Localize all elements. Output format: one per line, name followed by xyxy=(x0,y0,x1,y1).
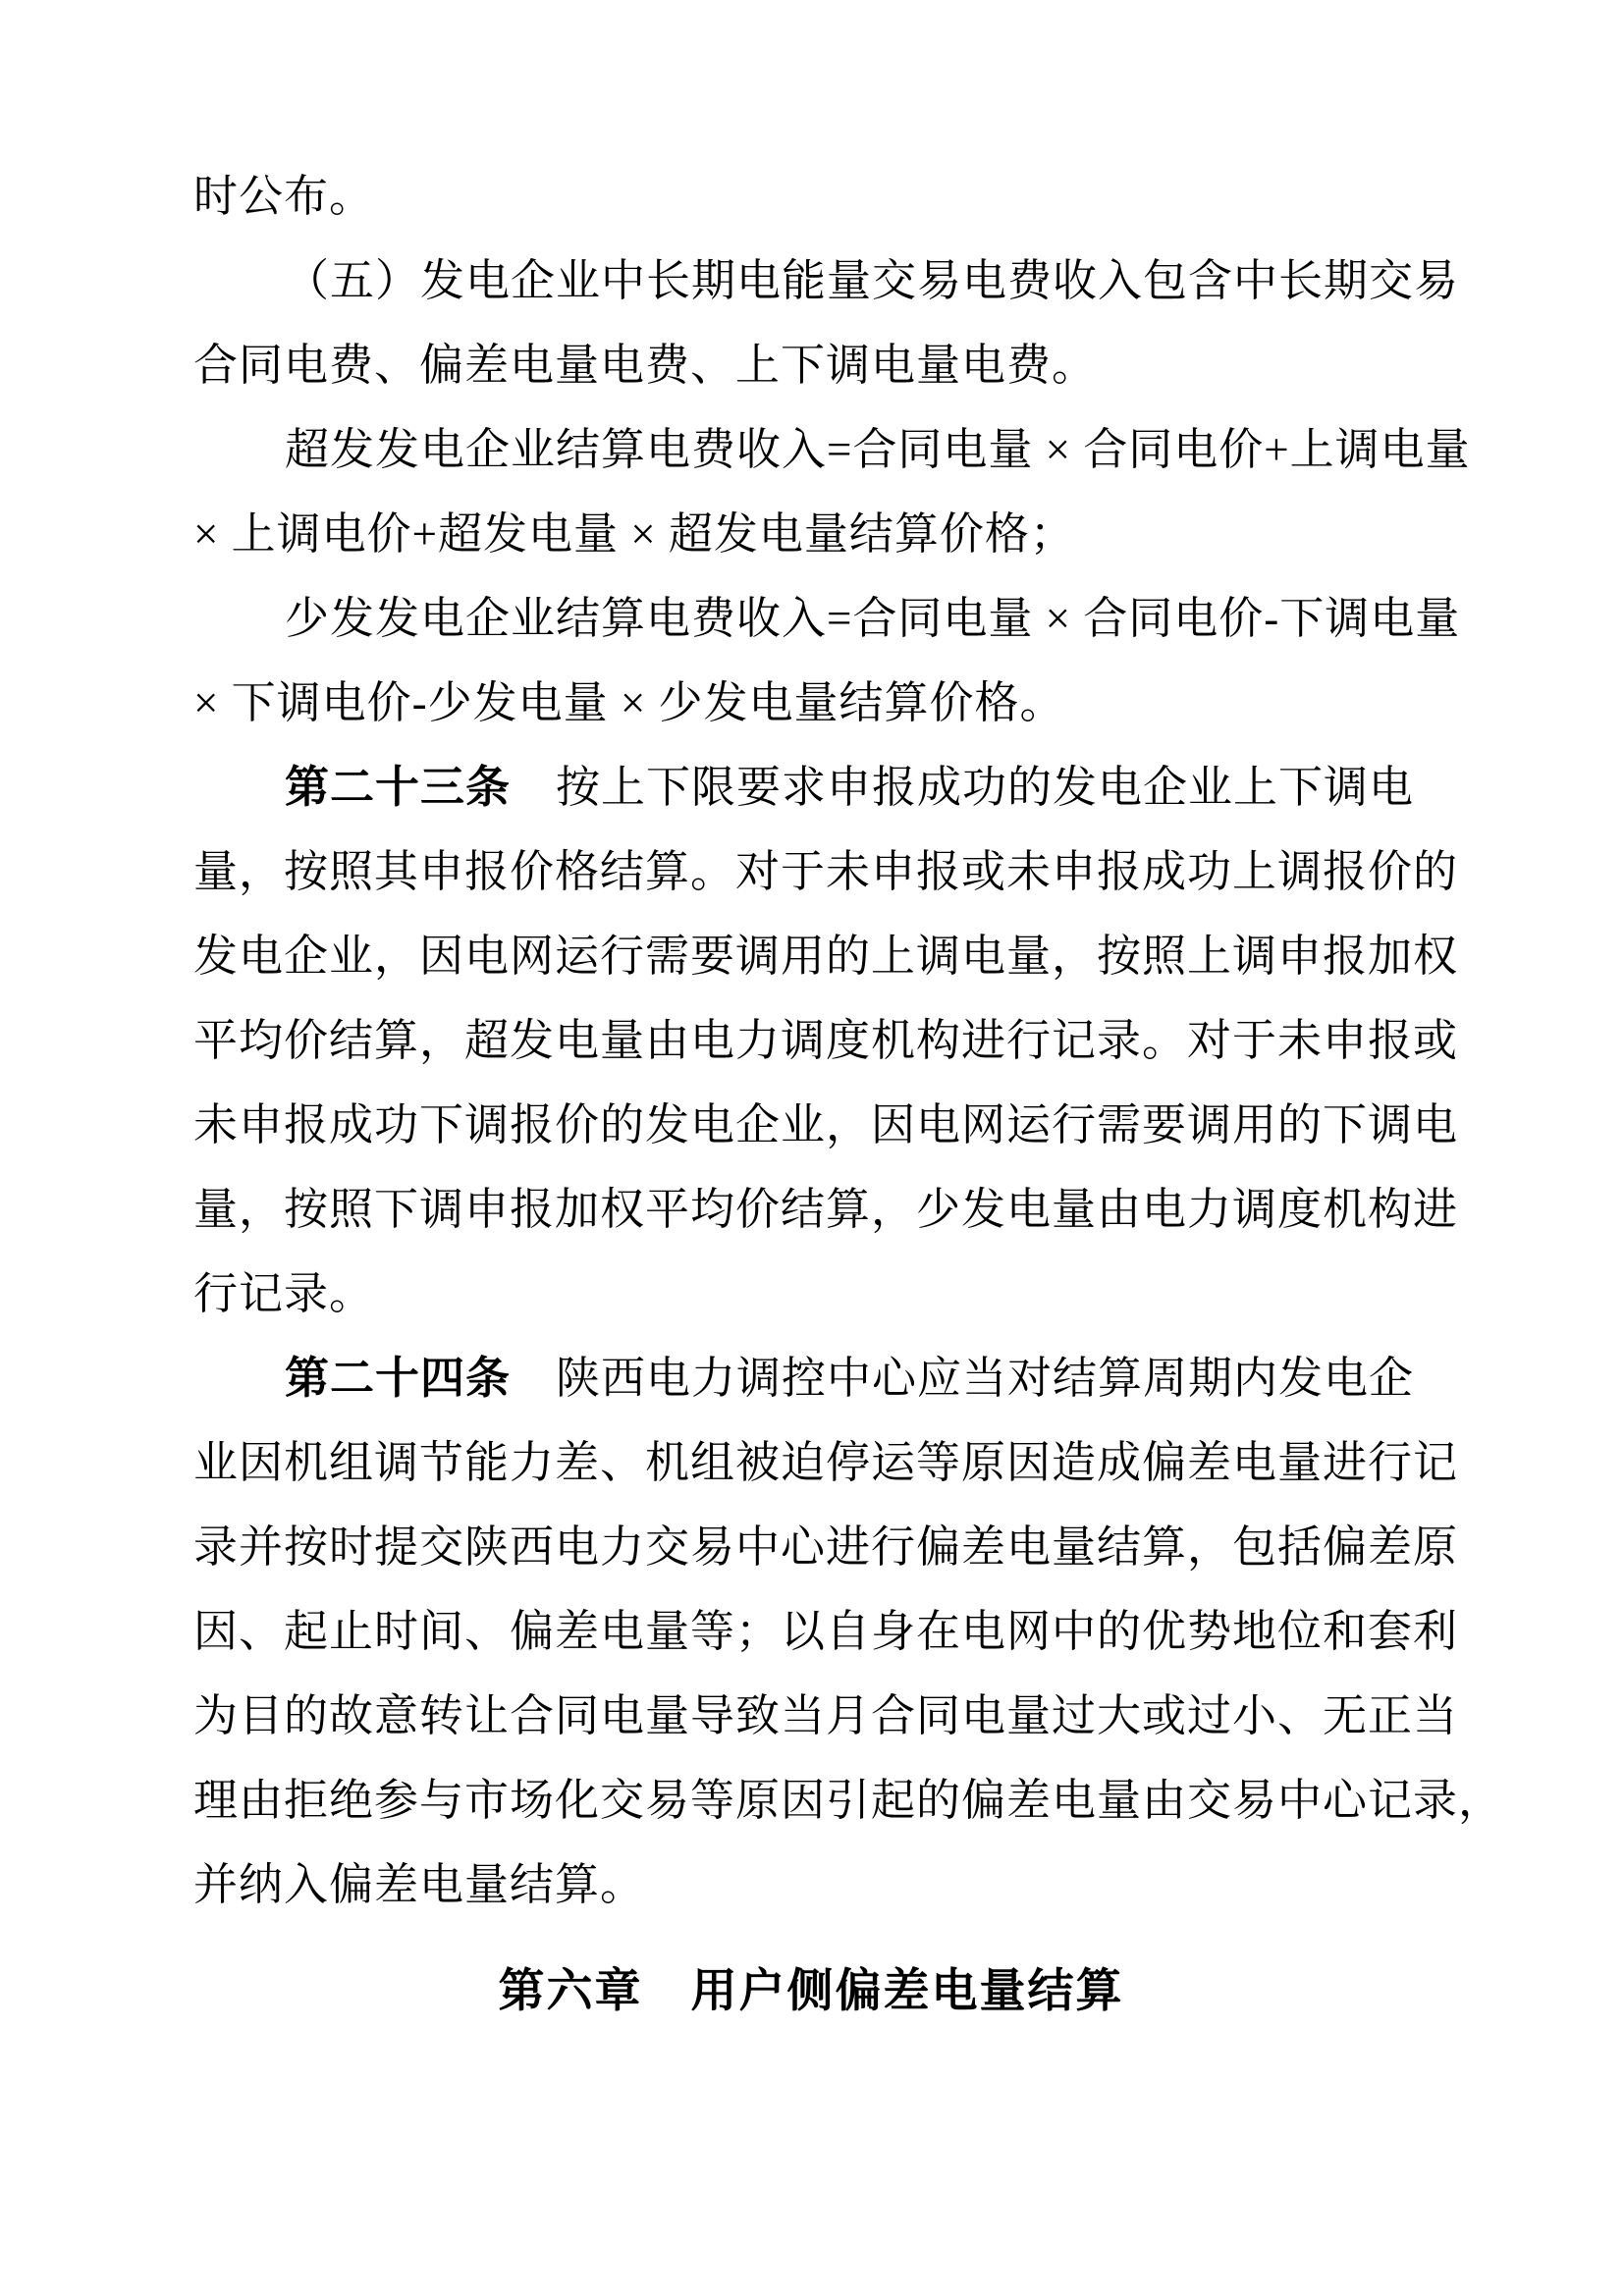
document-body: 时公布。（五）发电企业中长期电能量交易电费收入包含中长期交易合同电费、偏差电量电… xyxy=(193,154,1429,1927)
line-text: 并纳入偏差电量结算。 xyxy=(193,1860,645,1909)
line-text: 行记录。 xyxy=(193,1269,374,1318)
document-line: 并纳入偏差电量结算。 xyxy=(193,1842,1429,1927)
document-line: × 下调电价-少发电量 × 少发电量结算价格。 xyxy=(193,661,1429,745)
line-text: × 上调电价+超发电量 × 超发电量结算价格； xyxy=(193,509,1075,559)
document-line: 时公布。 xyxy=(193,154,1429,239)
document-line: 超发发电企业结算电费收入=合同电量 × 合同电价+上调电量 xyxy=(193,407,1429,492)
line-text: 发电企业，因电网运行需要调用的上调电量，按照上调申报加权 xyxy=(193,932,1458,981)
document-line: 少发发电企业结算电费收入=合同电量 × 合同电价-下调电量 xyxy=(193,576,1429,661)
line-text: （五）发电企业中长期电能量交易电费收入包含中长期交易 xyxy=(285,256,1459,305)
document-line: 第二十三条 按上下限要求申报成功的发电企业上下调电 xyxy=(193,745,1429,829)
line-text: 超发发电企业结算电费收入=合同电量 × 合同电价+上调电量 xyxy=(285,425,1471,474)
document-line: 为目的故意转让合同电量导致当月合同电量过大或过小、无正当 xyxy=(193,1674,1429,1758)
line-text: 未申报成功下调报价的发电企业，因电网运行需要调用的下调电 xyxy=(193,1100,1458,1149)
document-line: 录并按时提交陕西电力交易中心进行偏差电量结算，包括偏差原 xyxy=(193,1505,1429,1589)
document-line: 未申报成功下调报价的发电企业，因电网运行需要调用的下调电 xyxy=(193,1083,1429,1167)
document-line: 因、起止时间、偏差电量等；以自身在电网中的优势地位和套利 xyxy=(193,1589,1429,1674)
document-line: 业因机组调节能力差、机组被迫停运等原因造成偏差电量进行记 xyxy=(193,1420,1429,1505)
line-text: 平均价结算，超发电量由电力调度机构进行记录。对于未申报或 xyxy=(193,1016,1458,1065)
line-text: 陕西电力调控中心应当对结算周期内发电企 xyxy=(511,1354,1414,1403)
line-text: 理由拒绝参与市场化交易等原因引起的偏差电量由交易中心记录， xyxy=(193,1776,1503,1825)
line-text: × 下调电价-少发电量 × 少发电量结算价格。 xyxy=(193,678,1065,727)
line-text: 合同电费、偏差电量电费、上下调电量电费。 xyxy=(193,341,1097,390)
chapter-heading: 第六章 用户侧偏差电量结算 xyxy=(193,1949,1429,2033)
document-line: （五）发电企业中长期电能量交易电费收入包含中长期交易 xyxy=(193,239,1429,323)
document-line: 发电企业，因电网运行需要调用的上调电量，按照上调申报加权 xyxy=(193,914,1429,998)
article-number: 第二十三条 xyxy=(285,763,511,812)
document-page: 时公布。（五）发电企业中长期电能量交易电费收入包含中长期交易合同电费、偏差电量电… xyxy=(0,0,1624,2296)
line-text: 时公布。 xyxy=(193,172,374,221)
document-content: 时公布。（五）发电企业中长期电能量交易电费收入包含中长期交易合同电费、偏差电量电… xyxy=(193,154,1429,2033)
line-text: 少发发电企业结算电费收入=合同电量 × 合同电价-下调电量 xyxy=(285,594,1460,643)
document-line: 量，按照下调申报加权平均价结算，少发电量由电力调度机构进 xyxy=(193,1167,1429,1252)
document-line: 第二十四条 陕西电力调控中心应当对结算周期内发电企 xyxy=(193,1336,1429,1420)
document-line: 行记录。 xyxy=(193,1252,1429,1336)
line-text: 量，按照下调申报加权平均价结算，少发电量由电力调度机构进 xyxy=(193,1185,1458,1234)
line-text: 因、起止时间、偏差电量等；以自身在电网中的优势地位和套利 xyxy=(193,1607,1458,1656)
document-line: 量，按照其申报价格结算。对于未申报或未申报成功上调报价的 xyxy=(193,829,1429,914)
document-line: 合同电费、偏差电量电费、上下调电量电费。 xyxy=(193,323,1429,407)
line-text: 业因机组调节能力差、机组被迫停运等原因造成偏差电量进行记 xyxy=(193,1438,1458,1487)
line-text: 录并按时提交陕西电力交易中心进行偏差电量结算，包括偏差原 xyxy=(193,1522,1458,1572)
document-line: 平均价结算，超发电量由电力调度机构进行记录。对于未申报或 xyxy=(193,998,1429,1083)
document-line: × 上调电价+超发电量 × 超发电量结算价格； xyxy=(193,492,1429,576)
line-text: 量，按照其申报价格结算。对于未申报或未申报成功上调报价的 xyxy=(193,847,1458,896)
document-line: 理由拒绝参与市场化交易等原因引起的偏差电量由交易中心记录， xyxy=(193,1758,1429,1842)
article-number: 第二十四条 xyxy=(285,1354,511,1403)
line-text: 按上下限要求申报成功的发电企业上下调电 xyxy=(511,763,1414,812)
line-text: 为目的故意转让合同电量导致当月合同电量过大或过小、无正当 xyxy=(193,1691,1458,1740)
